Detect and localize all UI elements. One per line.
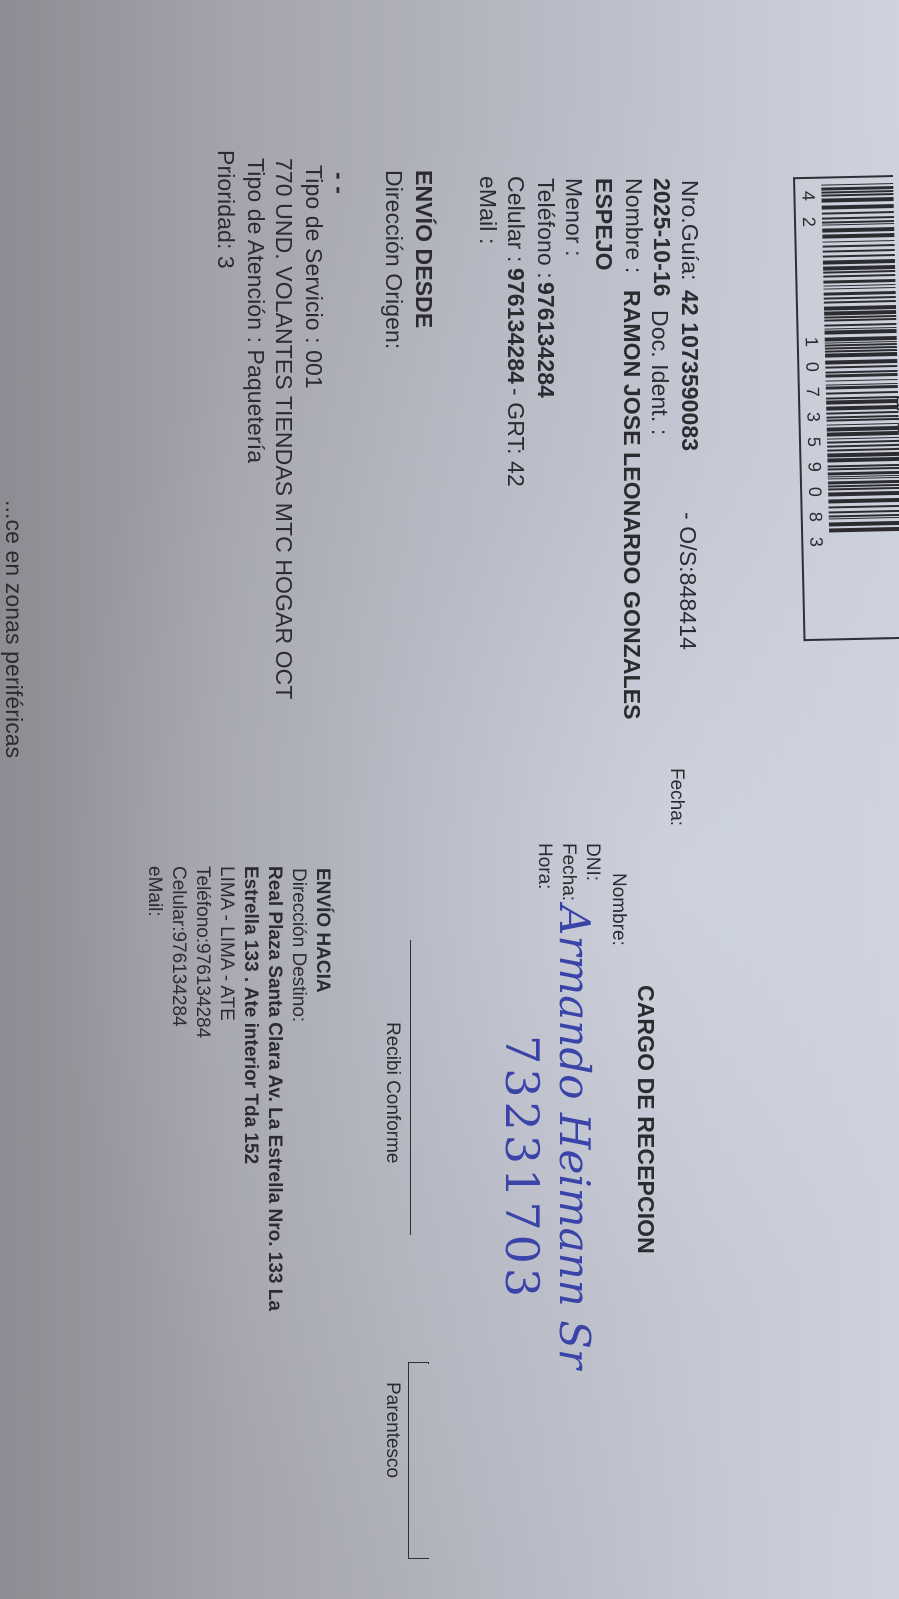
envio-hacia-title: ENVÍO HACIA [311, 868, 333, 993]
ubicacion: LIMA - LIMA - ATE [215, 866, 237, 1021]
company-name-fragment: SAC [890, 395, 899, 435]
footer-note: ...ce en zonas periféricas [0, 500, 27, 758]
shipping-guide-document: 42107359083 SAC Nro.Guía: 42 1073590083 … [0, 0, 899, 1599]
parentesco-field [408, 1362, 429, 1559]
package-description: 770 UND. VOLANTES TIENDAS MTC HOGAR OCT [270, 158, 297, 700]
destino-telefono: Teléfono:976134284 [191, 866, 213, 1038]
tipo-atencion: Tipo de Atención : Paquetería [242, 158, 269, 463]
celular-value: 976134284 [502, 268, 529, 384]
celular-label: Celular : [502, 176, 529, 263]
direccion-destino-line1: Real Plaza Santa Clara Av. La Estrella N… [263, 866, 285, 1311]
handwritten-dni: 73231703 [495, 1035, 549, 1301]
handwritten-name: Armando Heimann Sr [550, 905, 599, 1369]
nombre-value: RAMON JOSE LEONARDO GONZALES [618, 290, 645, 720]
telefono-label: Teléfono : [532, 178, 559, 279]
nombre-value-line2: ESPEJO [590, 178, 617, 271]
signature-line [410, 940, 411, 1235]
recepcion-fecha-label: Fecha: [557, 843, 579, 901]
recepcion-dni-label: DNI: [581, 843, 603, 881]
grt-value: - GRT: 42 [502, 388, 529, 487]
parentesco-label: Parentesco [381, 1382, 403, 1478]
direccion-origen-label: Dirección Origen: [380, 170, 407, 349]
destino-celular: Celular:976134284 [167, 866, 189, 1027]
nombre-label: Nombre : [620, 178, 647, 273]
envio-desde-title: ENVÍO DESDE [410, 170, 437, 328]
telefono-value: 976134284 [532, 282, 559, 398]
menor-label: Menor : [560, 178, 587, 257]
cargo-recepcion-title: CARGO DE RECEPCION [632, 985, 659, 1254]
recibi-conforme-label: Recibi Conforme [381, 1022, 403, 1164]
destino-email-label: eMail: [143, 866, 165, 917]
nro-guia-label: Nro.Guía: [676, 180, 703, 281]
barcode [821, 183, 899, 625]
fecha-label: Fecha: [665, 768, 687, 826]
direccion-destino-label: Dirección Destino: [287, 868, 309, 1022]
fecha-value: 2025-10-16 [648, 178, 675, 297]
recepcion-hora-label: Hora: [533, 843, 555, 889]
tipo-servicio: Tipo de Servicio : 001 [300, 165, 327, 389]
doc-ident-label: Doc. Ident. : [646, 310, 673, 435]
direccion-destino-line2: Estrella 133 . Ate interior Tda 152 [239, 866, 261, 1164]
prioridad: Prioridad: 3 [212, 150, 239, 269]
recepcion-nombre-label: Nombre: [607, 873, 629, 946]
barcode-frame: 42107359083 [793, 175, 899, 641]
email-label: eMail : [474, 176, 501, 244]
empty-origin-placeholder: - - [326, 172, 353, 194]
order-service-number: - O/S:848414 [674, 512, 701, 650]
nro-guia-value: 42 1073590083 [676, 290, 703, 451]
